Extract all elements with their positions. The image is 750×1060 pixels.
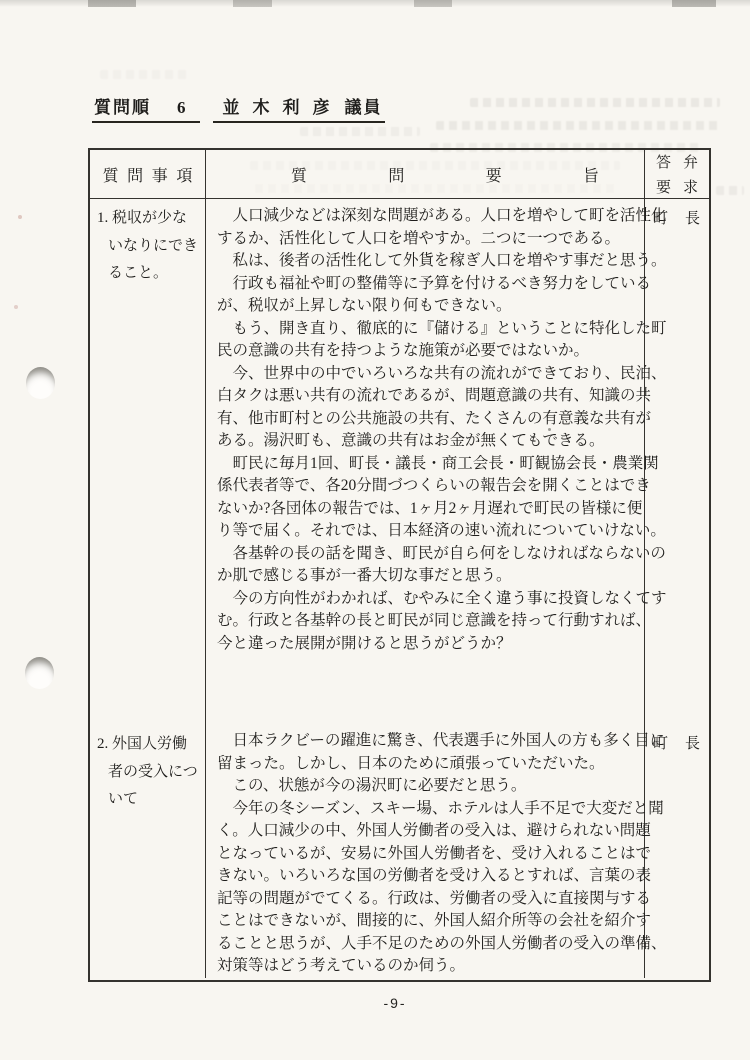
document-title: 質問順6並木利彦議員 [92,93,385,123]
text-line: 係代表者等で、各20分間づつくらいの報告会を開くことはでき [217,475,639,498]
text-line: 項 [176,163,192,186]
text-line: するか、活性化して人口を増やすか。二つに一つである。 [217,228,639,251]
bleedthrough-artifact [100,70,190,79]
answerer-cell: 町 長 [645,729,709,978]
text-line: 求 [683,176,698,197]
text-line: 町民に毎月1回、町長・議長・商工会長・町観協会長・農業関 [217,453,639,476]
question-summary-cell: 日本ラクビーの躍進に驚き、代表選手に外国人の方も多く目に留まった。しかし、日本の… [205,729,645,978]
text-line: 有、他市町村との公共施設の共有、たくさんの有意義な共有が [217,408,639,431]
member-name: 並木利彦 [223,98,343,117]
text-line: 白タクは悪い共有の流れであるが、問題意識の共有、知識の共 [217,385,639,408]
text-line: 今と違った展開が開けると思うがどうか？ [217,633,639,656]
text-line: 今、世界中の中でいろいろな共有の流れができており、民泊、 [217,363,639,386]
text-line: 問 [127,163,143,186]
text-line: り等で届く。それでは、日本経済の速い流れについていけない。 [217,520,639,543]
member-title: 議員 [345,98,383,117]
question-order-number: 6 [177,98,186,117]
text-line: 私は、後者の活性化して外貨を稼ぎ人口を増やす事だと思う。 [217,250,639,273]
text-line: 民の意識の共有を持つような施策が必要ではないか。 [217,340,639,363]
table-header-row: 質問事項 質問要旨 答弁要求 [90,150,709,199]
answerer-cell: 町 長 [645,199,709,729]
text-line: 日本ラクビーの躍進に驚き、代表選手に外国人の方も多く目に [217,730,639,753]
text-line: もう、開き直り、徹底的に『儲ける』ということに特化した町 [217,318,639,341]
text-line: きない。いろいろな国の労働者を受け入るとすれば、言葉の表 [217,865,639,888]
text-line: ることと思うが、人手不足のための外国人労働者の受入の準備、 [217,933,639,956]
text-line: 弁 [683,151,698,172]
question-order: 質問順6 [92,93,200,123]
punch-hole [26,367,55,399]
text-line: 旨 [583,163,599,186]
text-line: いて [97,786,202,814]
text-line: 要 [486,163,502,186]
text-line: く。人口減少の中、外国人労働者の受入は、避けられない問題 [217,820,639,843]
text-line: 2. 外国人労働 [97,731,202,759]
text-line: 今の方向性がわかれば、むやみに全く違う事に投資しなくてす [217,588,639,611]
question-row-2: 2. 外国人労働者の受入について 日本ラクビーの躍進に驚き、代表選手に外国人の方… [90,729,709,978]
text-line: か肌で感じる事が一番大切な事だと思う。 [217,565,639,588]
bleedthrough-artifact [300,127,420,136]
text-line: 要 [656,176,671,197]
text-line: この、状態が今の湯沢町に必要だと思う。 [217,775,639,798]
question-row-1: 1. 税収が少ないなりにできること。 人口減少などは深刻な問題がある。人口を増や… [90,199,709,729]
text-line: ないか?各団体の報告では、1ヶ月2ヶ月遅れで町民の皆様に便 [217,498,639,521]
text-line: が、税収が上昇しない限り何もできない。 [217,295,639,318]
question-item-cell: 2. 外国人労働者の受入について [90,729,205,978]
punch-hole [25,657,54,689]
text-line: いなりにでき [97,233,202,261]
text-line: 各基幹の長の話を聞き、町民が自ら何をしなければならないの [217,543,639,566]
question-table: 質問事項 質問要旨 答弁要求 1. 税収が少ないなりにできること。 人口減少など… [88,148,711,982]
text-line: 対策等はどう考えているのか伺う。 [217,955,639,978]
text-line: 記等の問題がでてくる。行政は、労働者の受入に直接関与する [217,888,639,911]
text-line: 質 [103,163,119,186]
text-line: ある。湯沢町も、意識の共有はお金が無くてもできる。 [217,430,639,453]
text-line: 人口減少などは深刻な問題がある。人口を増やして町を活性化 [217,205,639,228]
bleedthrough-artifact [436,121,720,130]
question-summary-cell: 人口減少などは深刻な問題がある。人口を増やして町を活性化するか、活性化して人口を… [205,199,645,729]
scan-edge-artifact [0,0,750,7]
text-line: 事 [152,163,168,186]
text-line: 答 [656,151,671,172]
text-line: 者の受入につ [97,759,202,787]
text-line: 留まった。しかし、日本のために頑張っていただいた。 [217,753,639,776]
page-number: -9- [0,995,750,1011]
text-line: 行政も福祉や町の整備等に予算を付けるべき努力をしている [217,273,639,296]
text-line: となっているが、安易に外国人労働者を、受け入れることはで [217,843,639,866]
column-header-question-summary: 質問要旨 [205,150,645,198]
text-line: 質 [291,163,307,186]
text-line: 1. 税収が少な [97,205,202,233]
bleedthrough-artifact [716,186,744,195]
scan-speck [18,215,22,219]
text-line: ること。 [97,260,202,288]
bleedthrough-artifact [470,98,720,107]
member-name-heading: 並木利彦議員 [213,93,385,123]
text-line: 問 [388,163,404,186]
text-line: 今年の冬シーズン、スキー場、ホテルは人手不足で大変だと聞 [217,798,639,821]
question-order-label: 質問順 [94,98,151,117]
question-item-cell: 1. 税収が少ないなりにできること。 [90,199,205,729]
scan-speck [14,305,18,309]
column-header-question-item: 質問事項 [90,150,205,198]
text-line: ことはできないが、間接的に、外国人紹介所等の会社を紹介す [217,910,639,933]
scanned-document-page: 質問順6並木利彦議員 質問事項 質問要旨 答弁要求 1. 税収が少ないなりにでき… [0,0,750,1060]
table-body: 1. 税収が少ないなりにできること。 人口減少などは深刻な問題がある。人口を増や… [90,199,709,978]
text-line: む。行政と各基幹の長と町民が同じ意識を持って行動すれば、 [217,610,639,633]
column-header-answer-request: 答弁要求 [645,150,709,198]
